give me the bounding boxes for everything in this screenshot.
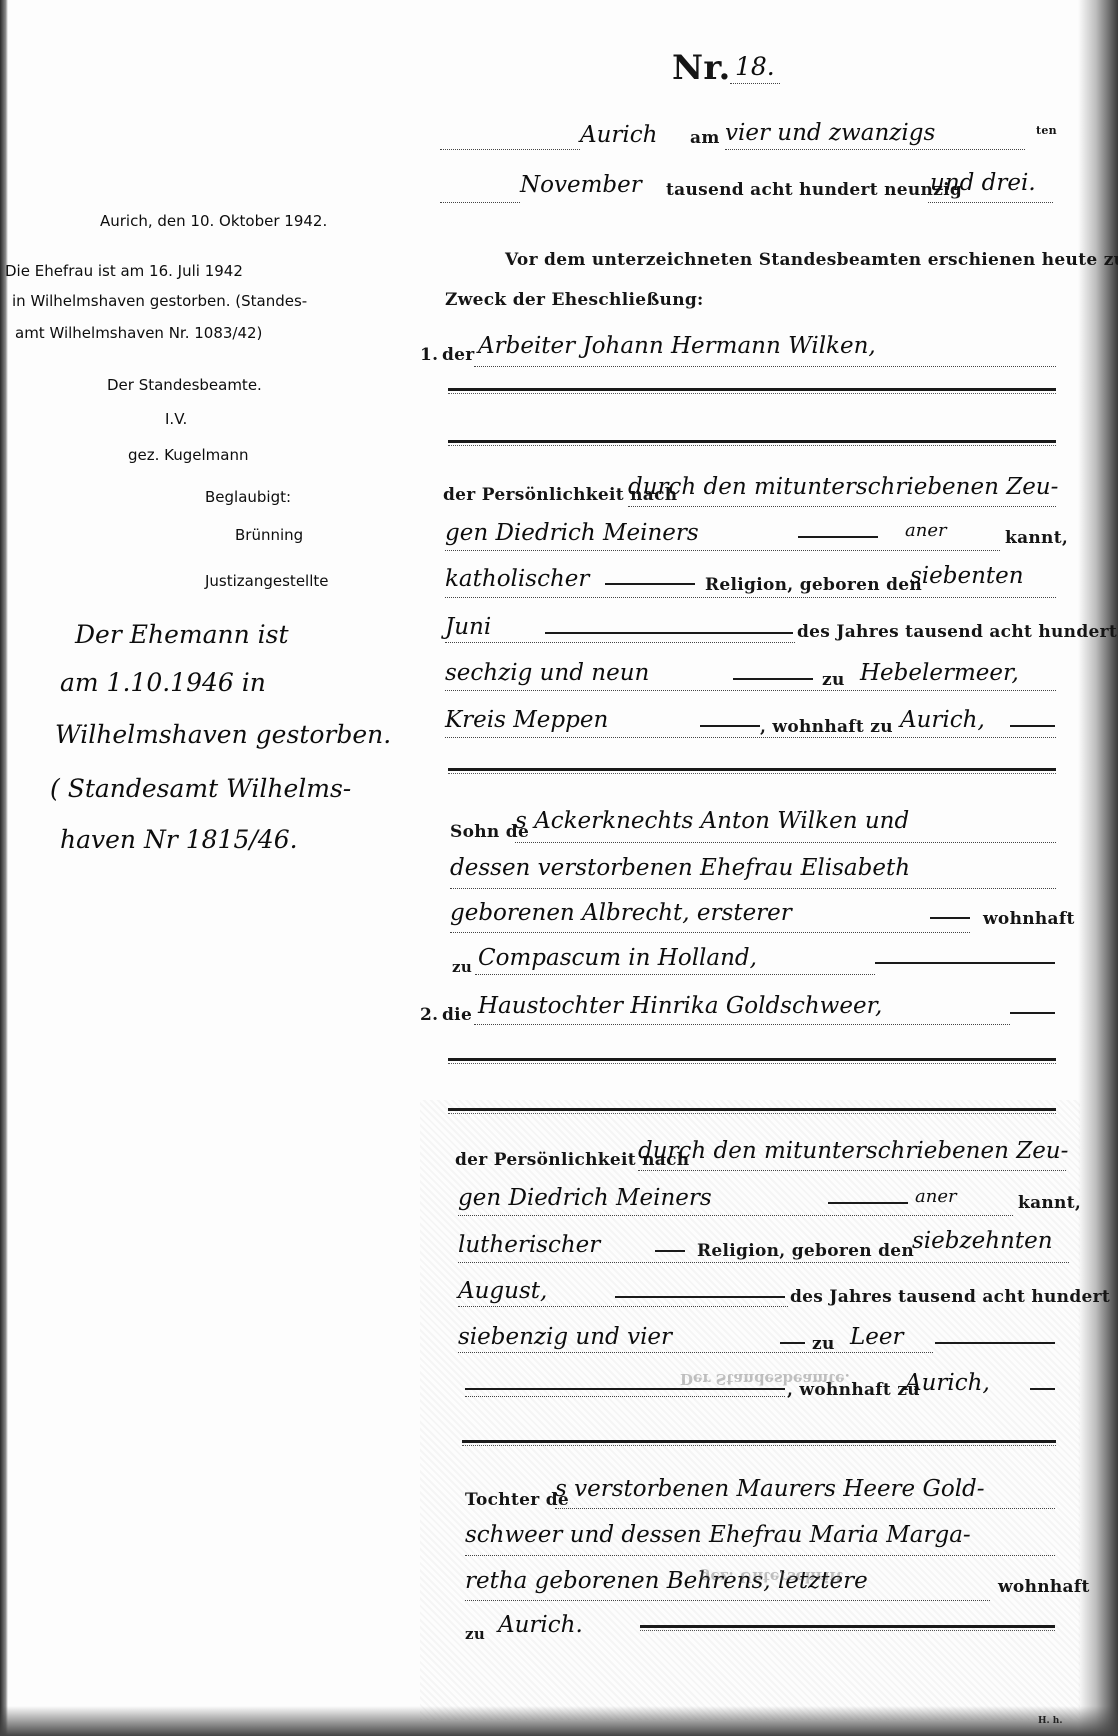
bride-religion-dots	[458, 1262, 1069, 1263]
groom-parents-dots-3	[450, 932, 970, 933]
bride-religion-label: Religion, geboren den	[697, 1241, 914, 1261]
groom-birthyear-dots	[445, 690, 1056, 691]
bride-birth-month: August,	[458, 1278, 547, 1304]
bride-birthyear-dots	[458, 1352, 933, 1353]
margin1-certified-label: Beglaubigt:	[205, 488, 291, 506]
bride-parents-zu: zu	[465, 1625, 485, 1643]
bride-article: die	[442, 1005, 472, 1025]
day-handwritten: vier und zwanzigs	[725, 120, 935, 146]
margin1-line-3: in Wilhelmshaven gestorben. (Standes-	[12, 292, 307, 310]
groom-zu-label: zu	[822, 670, 845, 690]
margin1-certified-name: Brünning	[235, 526, 303, 544]
bride-residence-dash	[1030, 1388, 1055, 1390]
groom-parents-dots-1	[515, 842, 1056, 843]
groom-birth-year: sechzig und neun	[445, 660, 649, 686]
year-dots	[928, 202, 1053, 203]
groom-name: Arbeiter Johann Hermann Wilken,	[478, 333, 876, 359]
bride-birth-year: siebenzig und vier	[458, 1324, 672, 1350]
bride-birthplace-dash	[935, 1342, 1055, 1344]
register-page: Nr. 18. Aurich am vier und zwanzigs ten …	[0, 0, 1118, 1736]
intro-line-1: Vor dem unterzeichneten Standesbeamten e…	[505, 250, 1118, 270]
place-leading-dots	[440, 149, 580, 150]
bride-religion: lutherischer	[458, 1232, 600, 1258]
bride-residence: Aurich,	[905, 1370, 990, 1396]
bride-district-dots	[465, 1396, 785, 1397]
margin2-line-1: Der Ehemann ist	[75, 620, 289, 649]
year-handwritten: und drei.	[930, 170, 1036, 196]
bride-parents-line-1: s verstorbenen Maurers Heere Gold-	[555, 1476, 985, 1502]
bride-parents-line-2: schweer und dessen Ehefrau Maria Marga-	[465, 1522, 971, 1548]
groom-name-dots	[474, 366, 1056, 367]
bride-name: Haustochter Hinrika Goldschweer,	[478, 993, 882, 1019]
groom-district-dots	[445, 737, 1056, 738]
bride-blank-rule-2	[448, 1108, 1056, 1111]
bride-index: 2.	[420, 1005, 438, 1025]
groom-month-dash	[545, 632, 793, 634]
groom-parents-dash	[930, 917, 970, 919]
groom-residence: Aurich,	[900, 707, 985, 733]
bride-year-dash	[780, 1342, 805, 1344]
bride-parents-residence: Aurich.	[498, 1612, 583, 1638]
bride-parents-residence-label: wohnhaft	[998, 1577, 1090, 1597]
scan-edge-left	[0, 0, 8, 1736]
margin1-signature-deputy: I.V.	[165, 410, 187, 428]
groom-month-dots	[445, 642, 795, 643]
groom-district: Kreis Meppen	[445, 707, 608, 733]
bride-religion-dash	[655, 1250, 685, 1252]
bride-name-dash	[1010, 1012, 1055, 1014]
groom-parents-residence-dash	[875, 962, 1055, 964]
groom-article: der	[442, 345, 475, 365]
groom-parents-line-2: dessen verstorbenen Ehefrau Elisabeth	[450, 855, 910, 881]
groom-parents-zu: zu	[452, 958, 472, 976]
date-am-label: am	[690, 128, 720, 148]
bride-identity-dots-2	[458, 1215, 1013, 1216]
margin1-signature-name: gez. Kugelmann	[128, 446, 249, 464]
margin1-line-4: amt Wilhelmshaven Nr. 1083/42)	[15, 324, 262, 342]
bride-birth-day: siebzehnten	[912, 1228, 1053, 1254]
groom-identity-line-2: gen Diedrich Meiners	[445, 520, 699, 546]
groom-religion-dash	[605, 583, 695, 585]
groom-blank-rule-1	[448, 388, 1056, 391]
bride-identity-line-2: gen Diedrich Meiners	[458, 1185, 712, 1211]
bride-district-dash	[465, 1388, 785, 1390]
printer-mark: H. h.	[1038, 1716, 1062, 1726]
bride-parents-dots-2	[465, 1555, 1055, 1556]
bride-parents-residence-rule	[640, 1625, 1055, 1628]
groom-residence-dash	[1010, 725, 1055, 727]
bleed-through-line-1: Der Standesbeamte.	[680, 1370, 850, 1388]
groom-identity-suffix: aner	[905, 520, 947, 541]
month-handwritten: November	[520, 172, 642, 198]
groom-identity-dots-1	[628, 506, 1056, 507]
margin1-line-2: Die Ehefrau ist am 16. Juli 1942	[5, 262, 243, 280]
bride-month-dots	[458, 1306, 788, 1307]
bride-identity-suffix: aner	[915, 1186, 957, 1207]
groom-blank-rule-3	[448, 768, 1056, 771]
groom-religion-dots	[445, 597, 1056, 598]
bride-identity-dash	[828, 1202, 908, 1204]
groom-year-dash	[733, 678, 813, 680]
groom-religion-label: Religion, geboren den	[705, 575, 922, 595]
day-dots	[725, 149, 1025, 150]
margin1-certified-role: Justizangestellte	[205, 572, 329, 590]
groom-identity-dash	[798, 536, 878, 538]
groom-identity-line-1: durch den mitunterschriebenen Zeu-	[628, 474, 1058, 500]
groom-parents-residence-label: wohnhaft	[983, 909, 1075, 929]
place-handwritten: Aurich	[580, 122, 657, 148]
bride-kannt-label: kannt,	[1018, 1193, 1081, 1213]
margin2-line-4: ( Standesamt Wilhelms-	[50, 774, 351, 803]
record-number-value: 18.	[735, 52, 775, 81]
groom-district-dash	[700, 725, 760, 727]
groom-birthplace: Hebelermeer,	[860, 660, 1019, 686]
groom-year-label: des Jahres tausend acht hundert	[797, 622, 1117, 642]
bride-blank-rule-3	[462, 1440, 1056, 1443]
groom-parents-line-1: s Ackerknechts Anton Wilken und	[515, 808, 909, 834]
groom-birth-month: Juni	[445, 614, 491, 640]
bride-blank-rule-1	[448, 1058, 1056, 1061]
scan-edge-bottom	[0, 1706, 1118, 1736]
margin2-line-5: haven Nr 1815/46.	[60, 825, 298, 854]
bride-parents-dots-1	[555, 1508, 1055, 1509]
ten-suffix: ten	[1036, 124, 1057, 137]
bleed-through-line-2: gez. Unterschrift	[700, 1568, 843, 1586]
groom-parents-line-3: geborenen Albrecht, ersterer	[450, 900, 792, 926]
bride-identity-line-1: durch den mitunterschriebenen Zeu-	[638, 1138, 1068, 1164]
month-leading-dots	[440, 202, 520, 203]
groom-religion: katholischer	[445, 566, 589, 592]
groom-kannt-label: kannt,	[1005, 528, 1068, 548]
margin2-line-2: am 1.10.1946 in	[60, 668, 266, 697]
bride-zu-label: zu	[812, 1334, 835, 1354]
groom-birth-day: siebenten	[910, 563, 1024, 589]
groom-parents-dots-2	[450, 888, 1056, 889]
groom-identity-dots-2	[445, 550, 1000, 551]
bride-parents-label: Tochter de	[465, 1490, 569, 1510]
bride-name-dots	[474, 1024, 1010, 1025]
margin1-signature-title: Der Standesbeamte.	[107, 376, 262, 394]
bride-birthplace: Leer	[850, 1324, 904, 1350]
margin1-line-1: Aurich, den 10. Oktober 1942.	[100, 212, 327, 230]
bride-year-label: des Jahres tausend acht hundert	[790, 1287, 1110, 1307]
groom-parents-residence: Compascum in Holland,	[478, 945, 757, 971]
intro-line-2: Zweck der Eheschließung:	[445, 290, 704, 310]
record-number-label: Nr.	[672, 48, 731, 88]
groom-parents-dots-4	[475, 974, 875, 975]
bride-month-dash	[615, 1296, 785, 1298]
groom-blank-rule-2	[448, 440, 1056, 443]
bride-parents-dots-3	[465, 1600, 990, 1601]
groom-index: 1.	[420, 345, 438, 365]
bride-identity-dots-1	[638, 1170, 1066, 1171]
margin2-line-3: Wilhelmshaven gestorben.	[55, 720, 391, 749]
groom-residence-label: , wohnhaft zu	[760, 717, 893, 737]
year-printed: tausend acht hundert neunzig	[666, 180, 962, 200]
record-number-dots	[730, 83, 780, 84]
